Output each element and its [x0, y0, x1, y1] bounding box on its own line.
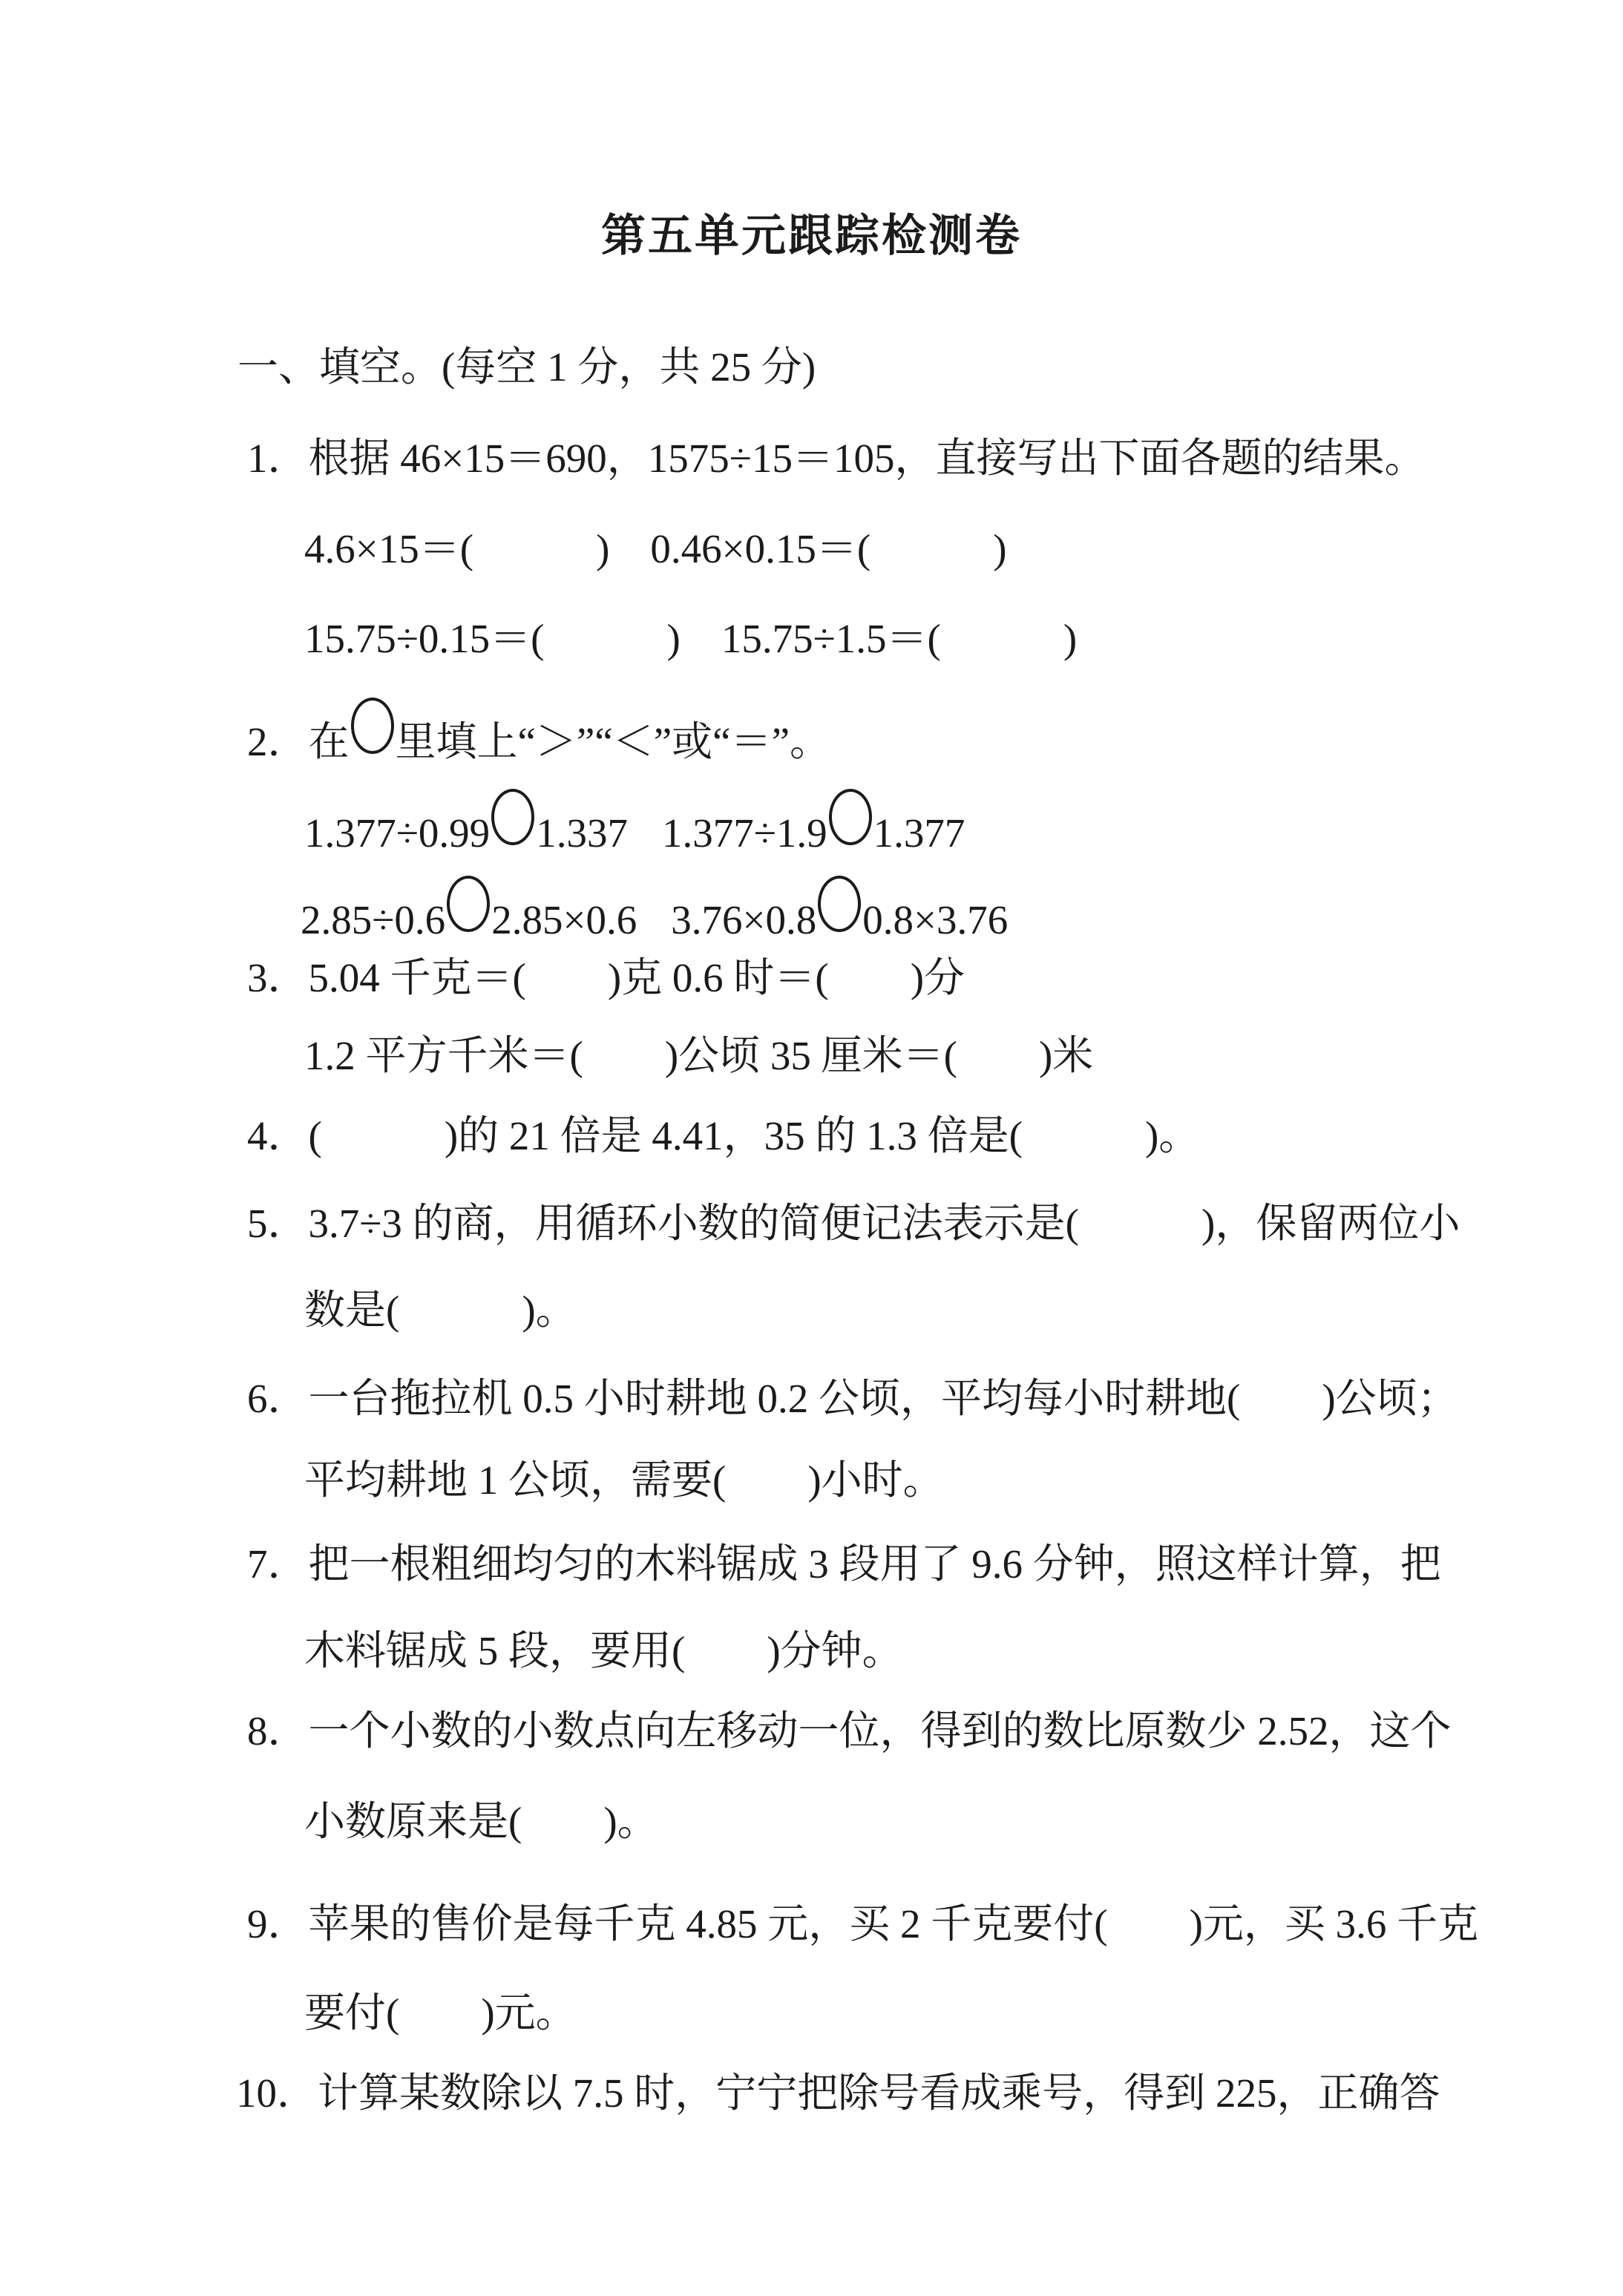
question-5-line-2: 数是( )。: [304, 1286, 577, 1335]
question-6-line-2: 平均耕地 1 公顷，需要( )小时。: [304, 1456, 944, 1505]
comparison-2-right: 1.377: [873, 810, 965, 856]
question-3-line-2: 1.2 平方千米＝( )公顷 35 厘米＝( )米: [304, 1031, 1093, 1080]
comparison-2-left: 1.377÷1.9: [662, 810, 827, 856]
question-2-line-3: 2.85÷0.62.85×0.63.76×0.80.8×3.76: [301, 876, 1008, 945]
exam-title: 第五单元跟踪检测卷: [0, 211, 1623, 260]
comparison-1-right: 1.337: [536, 810, 628, 856]
question-2-prefix: 2．在: [247, 719, 350, 764]
comparison-circle-3: [829, 789, 872, 845]
question-9-line-2: 要付( )元。: [304, 1989, 577, 2038]
question-9-line-1: 9．苹果的售价是每千克 4.85 元，买 2 千克要付( )元，买 3.6 千克: [247, 1900, 1478, 1949]
question-7-line-2: 木料锯成 5 段，要用( )分钟。: [304, 1627, 903, 1676]
comparison-circle-1: [351, 698, 394, 754]
question-2-suffix: 里填上“＞”“＜”或“＝”。: [396, 719, 830, 764]
question-10-line-1: 10．计算某数除以 7.5 时，宁宁把除号看成乘号，得到 225，正确答: [236, 2069, 1440, 2118]
comparison-circle-2: [491, 789, 534, 845]
question-2-line-1: 2．在里填上“＞”“＜”或“＝”。: [247, 698, 830, 767]
question-6-line-1: 6．一台拖拉机 0.5 小时耕地 0.2 公顷，平均每小时耕地( )公顷；: [247, 1374, 1458, 1423]
section-heading: 一、填空。(每空 1 分，共 25 分): [237, 343, 816, 392]
comparison-4-right: 0.8×3.76: [862, 897, 1008, 942]
worksheet-page: 第五单元跟踪检测卷 一、填空。(每空 1 分，共 25 分) 1．根据 46×1…: [0, 0, 1623, 2296]
question-5-line-1: 5．3.7÷3 的商，用循环小数的简便记法表示是( )，保留两位小: [247, 1199, 1460, 1248]
question-4-line-1: 4．( )的 21 倍是 4.41，35 的 1.3 倍是( )。: [247, 1112, 1199, 1161]
question-1-line-1: 1．根据 46×15＝690，1575÷15＝105，直接写出下面各题的结果。: [247, 434, 1425, 483]
question-1-line-2: 4.6×15＝( ) 0.46×0.15＝( ): [304, 525, 1007, 574]
question-8-line-2: 小数原来是( )。: [304, 1797, 658, 1846]
comparison-1-left: 1.377÷0.99: [304, 810, 490, 856]
question-2-line-2: 1.377÷0.991.3371.377÷1.91.377: [304, 789, 965, 858]
comparison-circle-4: [447, 876, 490, 932]
question-1-line-3: 15.75÷0.15＝( ) 15.75÷1.5＝( ): [304, 614, 1077, 663]
question-7-line-1: 7．把一根粗细均匀的木料锯成 3 段用了 9.6 分钟，照这样计算，把: [247, 1540, 1441, 1589]
comparison-3-left: 2.85÷0.6: [301, 897, 445, 942]
comparison-circle-5: [818, 876, 861, 932]
comparison-3-right: 2.85×0.6: [491, 897, 637, 942]
question-8-line-1: 8．一个小数的小数点向左移动一位，得到的数比原数少 2.52，这个: [247, 1707, 1452, 1756]
comparison-4-left: 3.76×0.8: [671, 897, 816, 942]
question-3-line-1: 3．5.04 千克＝( )克 0.6 时＝( )分: [247, 954, 965, 1003]
